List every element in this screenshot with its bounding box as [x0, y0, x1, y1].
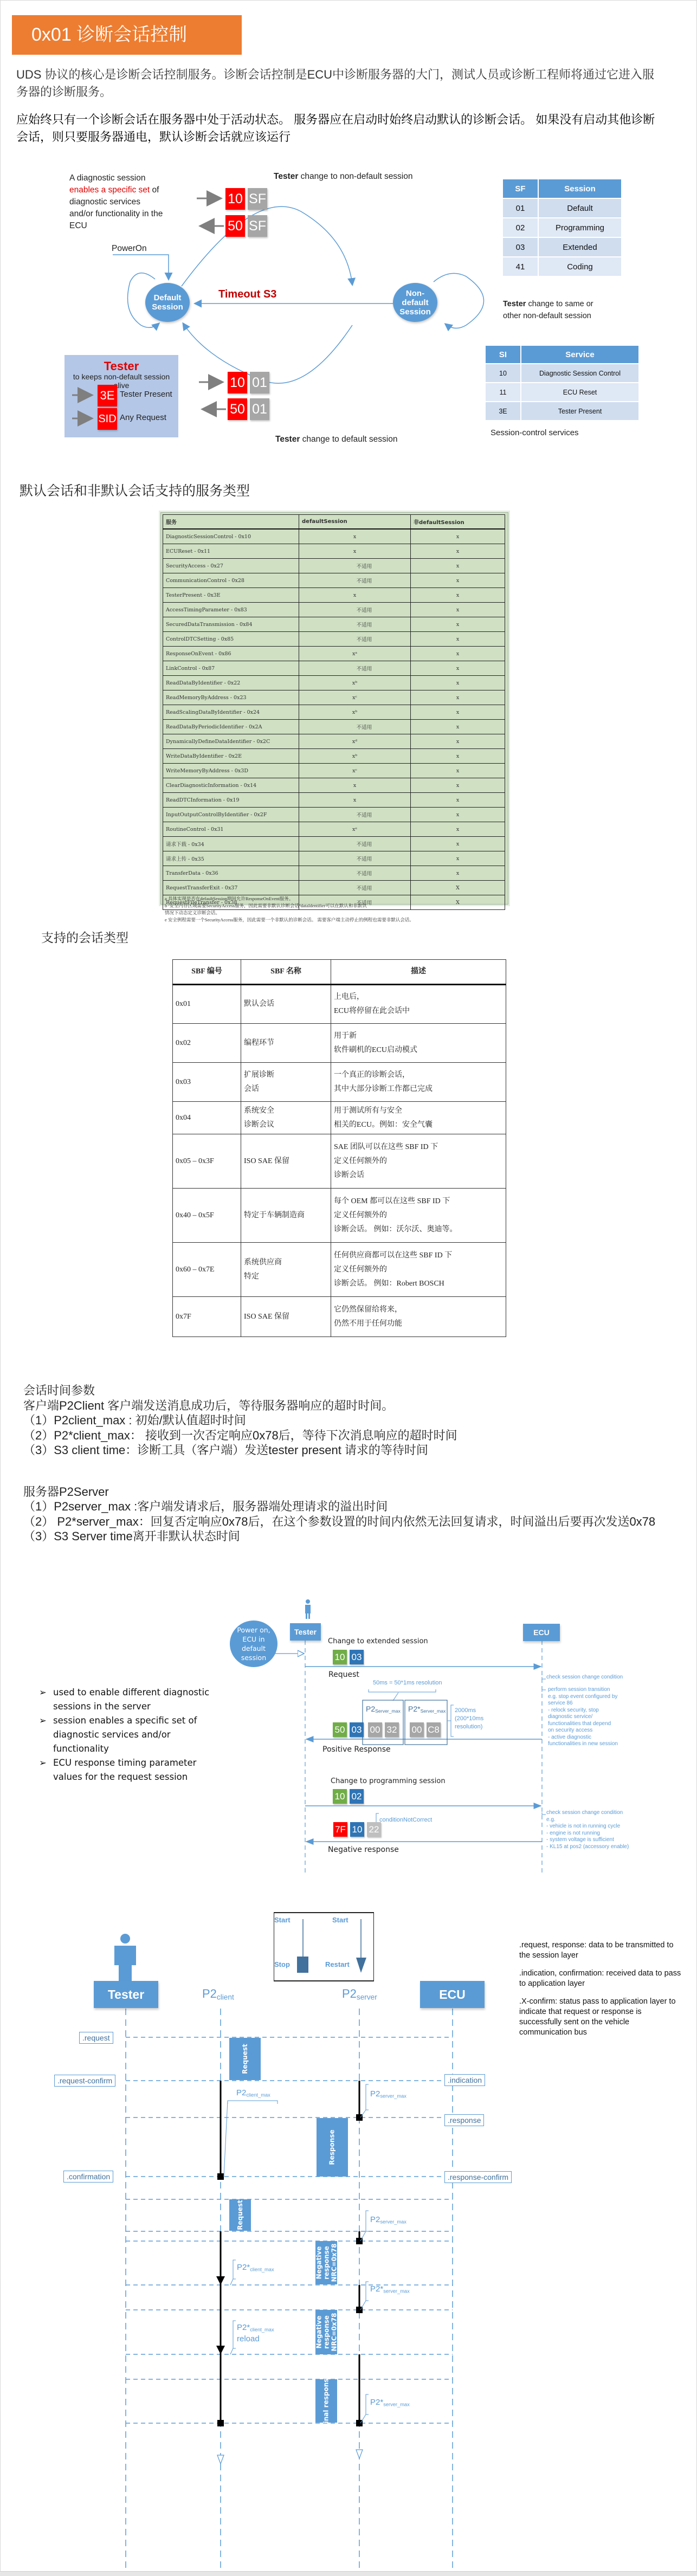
p2-server-max-label-1: P2server_max	[370, 2089, 406, 2099]
p2star-server-max-label-1: P2*server_max	[370, 2284, 410, 2294]
primitive-confirmation: .confirmation	[63, 2171, 113, 2183]
negative-response-block-1: Negative response NRC=0x78	[315, 2241, 337, 2284]
page-bottom-edge	[0, 2571, 697, 2576]
note-xconfirm: .X-confirm: status pass to application l…	[519, 1997, 682, 2038]
p2star-client-max-reload-label: P2*client_maxreload	[237, 2323, 274, 2344]
tester-actor-2: Tester	[94, 1981, 158, 2008]
primitive-request-confirm: .request-confirm	[54, 2075, 115, 2087]
request-block-2: Request	[229, 2199, 251, 2231]
primitive-response: .response	[444, 2114, 484, 2126]
p2star-server-max-label-2: P2*server_max	[370, 2398, 410, 2407]
primitive-request: .request	[79, 2032, 113, 2044]
note-indication: .indication, confirmation: received data…	[519, 1968, 682, 1989]
request-block: Request	[229, 2038, 261, 2080]
p2-client-max-label: P2client_max	[236, 2088, 270, 2097]
p2-server-label: P2server	[342, 1987, 377, 2001]
response-block: Response	[317, 2118, 348, 2177]
note-request-response: .request, response: data to be transmitt…	[519, 1940, 682, 1961]
negative-response-block-2: Negative response NRC=0x78	[315, 2310, 337, 2354]
primitive-response-confirm: .response-confirm	[444, 2171, 512, 2183]
primitive-legend: .request, response: data to be transmitt…	[519, 1940, 682, 2038]
primitive-indication: .indication	[444, 2074, 485, 2086]
p2star-client-max-label: P2*client_max	[237, 2263, 274, 2272]
ecu-actor-2: ECU	[420, 1981, 485, 2008]
final-response-block: Final response	[315, 2379, 337, 2423]
p2-client-label: P2client	[202, 1987, 234, 2001]
sequence-2-lines	[0, 0, 697, 2576]
p2-server-max-label-2: P2server_max	[370, 2215, 406, 2224]
stop-marker	[297, 1957, 308, 1973]
